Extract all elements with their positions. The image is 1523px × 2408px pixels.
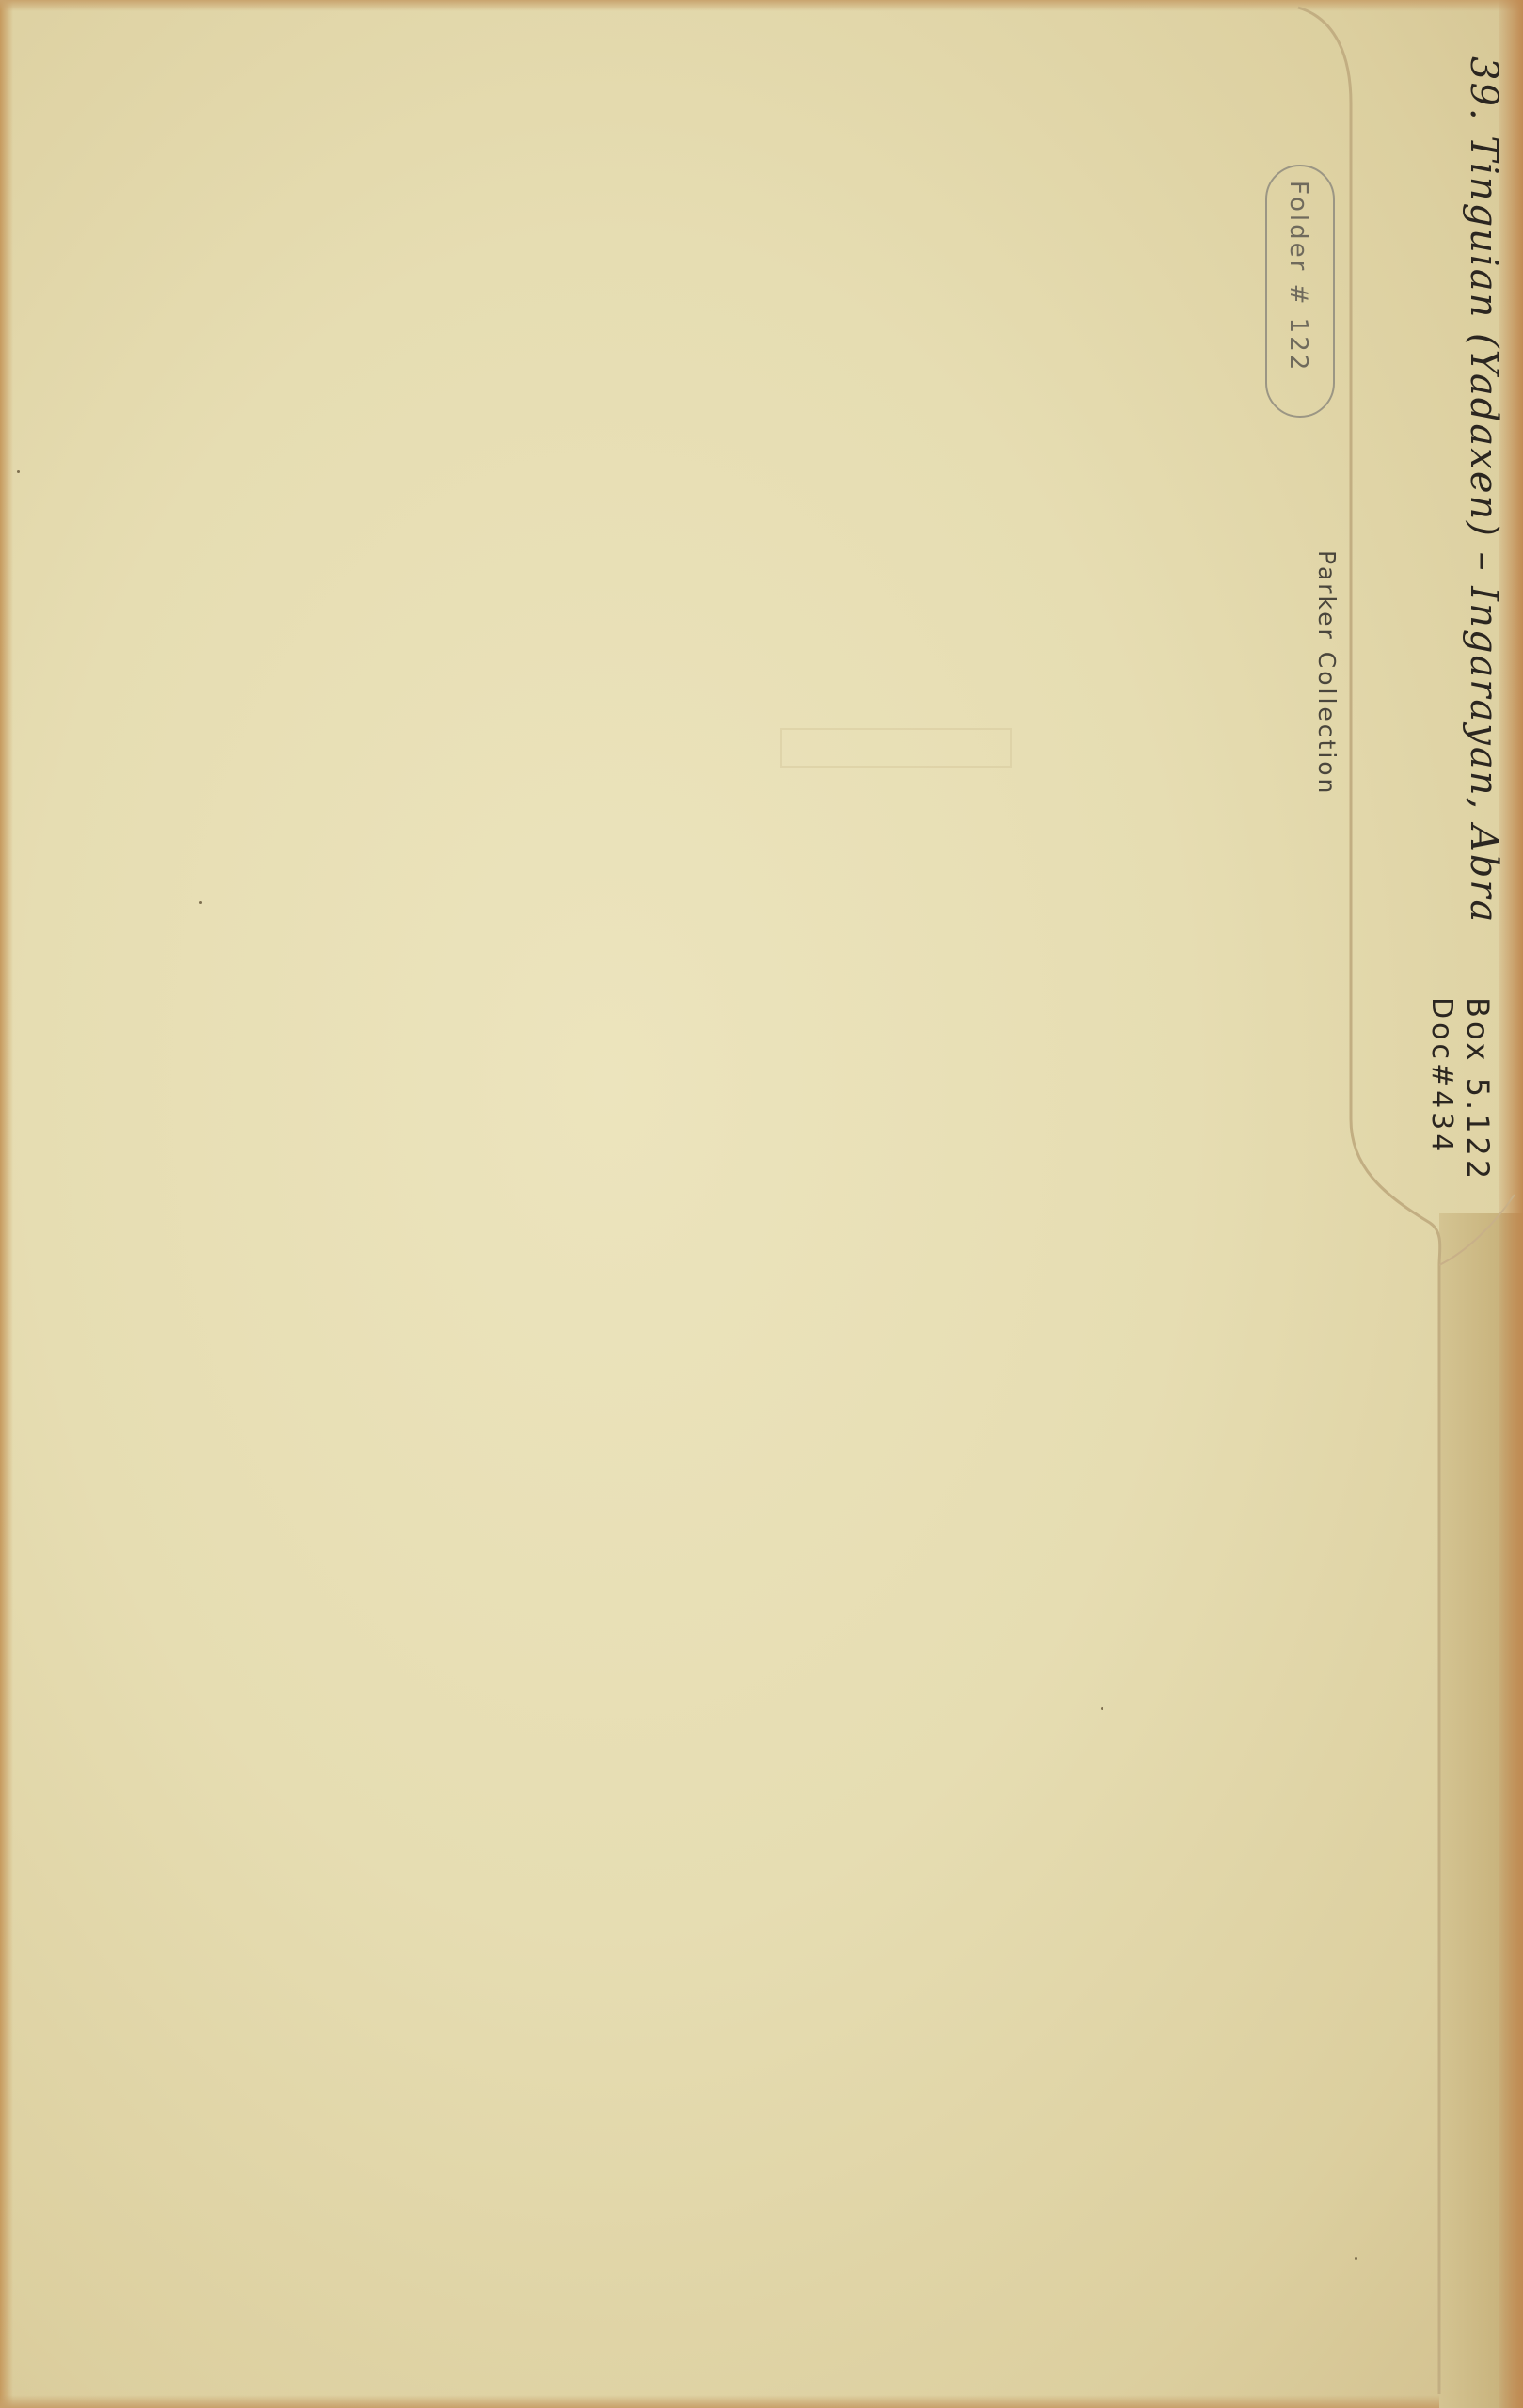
folder-left-edge [0,0,13,2408]
collection-label: Parker Collection [1313,550,1341,796]
doc-number: Doc#434 [1425,997,1458,1155]
box-number: Box 5.122 [1460,997,1496,1182]
folder-scan: 39. Tinguian (Yadaxen) – Ingarayan, Abra… [0,0,1523,2408]
tab-title: 39. Tinguian (Yadaxen) – Ingarayan, Abra [1462,56,1505,924]
folder-number: Folder # 122 [1284,181,1312,372]
folder-top-edge [0,0,1523,11]
folder-bottom-edge [0,2395,1523,2408]
